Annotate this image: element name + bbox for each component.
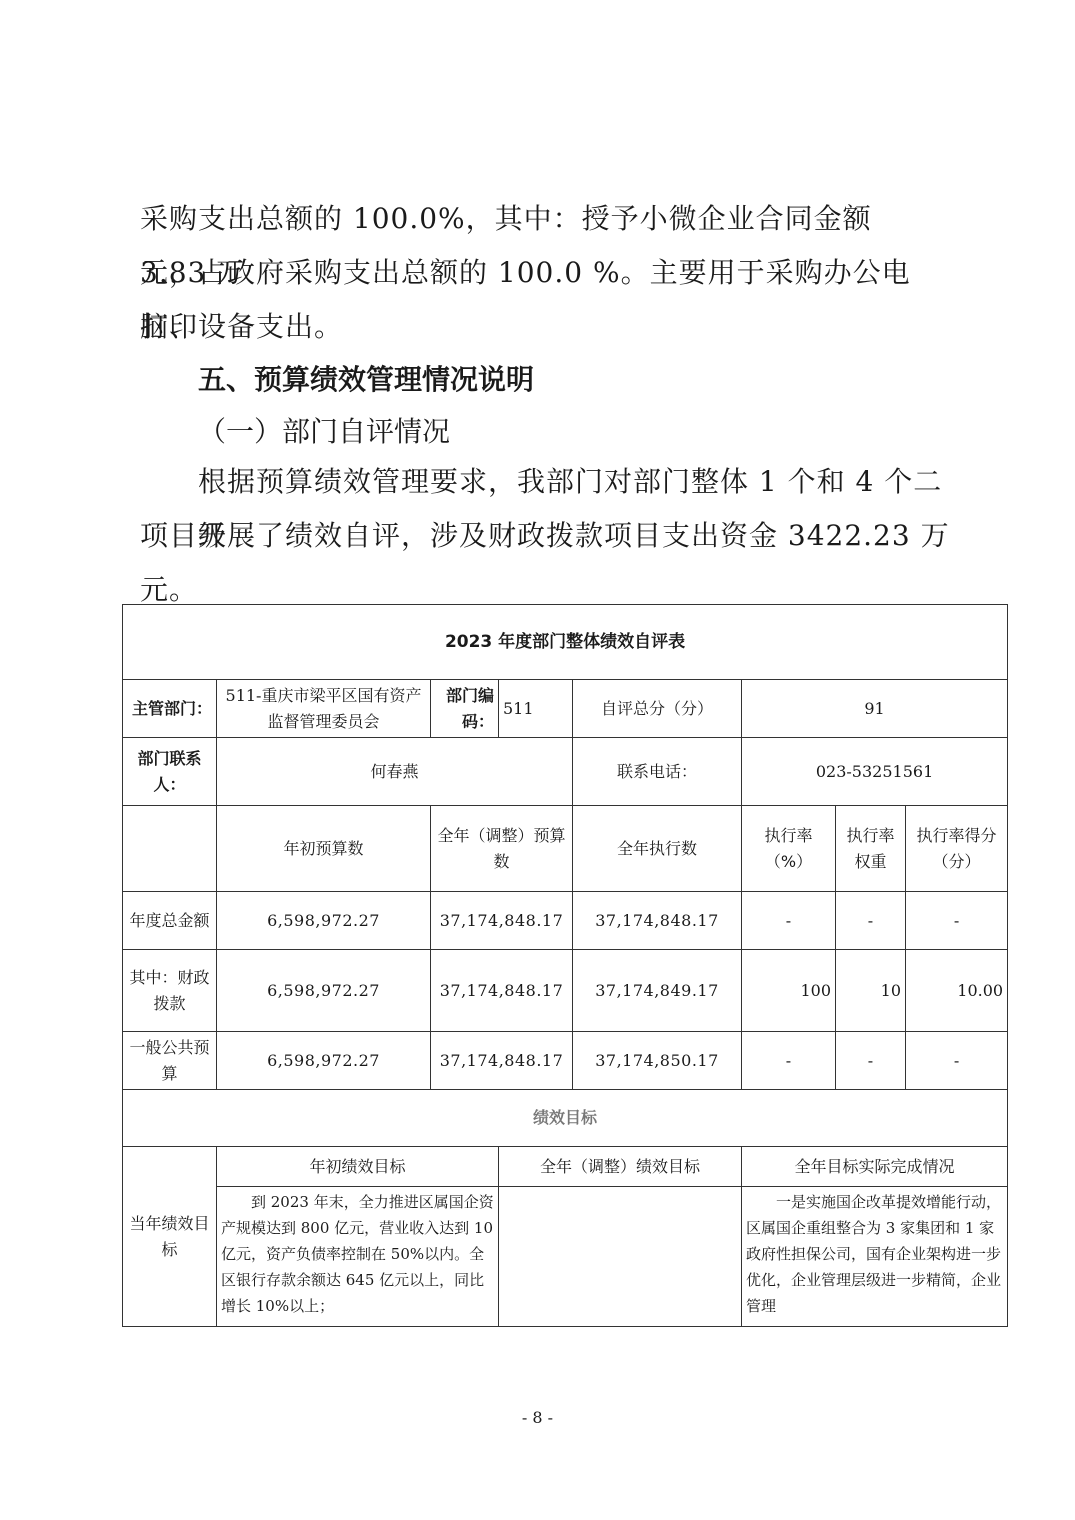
row-label: 其中：财政拨款 [123, 950, 217, 1032]
header-adjusted-budget: 全年（调整）预算数 [431, 806, 573, 892]
table-row: 年度总金额 6,598,972.27 37,174,848.17 37,174,… [123, 892, 1008, 950]
cell-initial: 6,598,972.27 [217, 892, 431, 950]
contact-label: 部门联系人： [123, 738, 217, 806]
table-row: 其中：财政拨款 6,598,972.27 37,174,848.17 37,17… [123, 950, 1008, 1032]
section-heading: 五、预算绩效管理情况说明 [198, 358, 534, 398]
header-rate: 执行率（%） [742, 806, 836, 892]
cell-weight: 10 [836, 950, 906, 1032]
goals-initial-text: 到 2023 年末，全力推进区属国企资产规模达到 800 亿元，营业收入达到 1… [217, 1187, 499, 1327]
cell-initial: 6,598,972.27 [217, 950, 431, 1032]
phone-value: 023-53251561 [742, 738, 1008, 806]
header-empty [123, 806, 217, 892]
table-row: 一般公共预算 6,598,972.27 37,174,848.17 37,174… [123, 1032, 1008, 1090]
header-executed: 全年执行数 [573, 806, 742, 892]
cell-executed: 37,174,849.17 [573, 950, 742, 1032]
performance-self-evaluation-table: 2023 年度部门整体绩效自评表 主管部门： 511-重庆市梁平区国有资产监督管… [122, 604, 1008, 1327]
cell-adjusted: 37,174,848.17 [431, 892, 573, 950]
cell-executed: 37,174,850.17 [573, 1032, 742, 1090]
row-label: 一般公共预算 [123, 1032, 217, 1090]
cell-score: 10.00 [906, 950, 1008, 1032]
score-value: 91 [742, 680, 1008, 738]
row-label: 年度总金额 [123, 892, 217, 950]
goals-row-label: 当年绩效目标 [123, 1147, 217, 1327]
cell-rate: - [742, 892, 836, 950]
header-weight: 执行率权重 [836, 806, 906, 892]
goals-header-initial: 年初绩效目标 [217, 1147, 499, 1187]
goals-header-adjusted: 全年（调整）绩效目标 [499, 1147, 742, 1187]
paragraph-line: 打印设备支出。 [140, 300, 940, 354]
phone-label: 联系电话： [573, 738, 742, 806]
cell-score: - [906, 892, 1008, 950]
code-label: 部门编码： [431, 680, 499, 738]
dept-label: 主管部门： [123, 680, 217, 738]
subsection-heading: （一）部门自评情况 [198, 410, 450, 450]
code-value: 511 [499, 680, 573, 738]
cell-weight: - [836, 892, 906, 950]
goals-header-actual: 全年目标实际完成情况 [742, 1147, 1008, 1187]
cell-executed: 37,174,848.17 [573, 892, 742, 950]
table-title: 2023 年度部门整体绩效自评表 [123, 605, 1008, 680]
dept-value: 511-重庆市梁平区国有资产监督管理委员会 [217, 680, 431, 738]
cell-adjusted: 37,174,848.17 [431, 1032, 573, 1090]
cell-weight: - [836, 1032, 906, 1090]
contact-value: 何春燕 [217, 738, 573, 806]
cell-score: - [906, 1032, 1008, 1090]
paragraph-line: 项目开展了绩效自评，涉及财政拨款项目支出资金 3422.23 万元。 [140, 509, 960, 617]
page-number: - 8 - [0, 1408, 1075, 1427]
cell-initial: 6,598,972.27 [217, 1032, 431, 1090]
cell-rate: - [742, 1032, 836, 1090]
header-initial-budget: 年初预算数 [217, 806, 431, 892]
goals-actual-text: 一是实施国企改革提效增能行动，区属国企重组整合为 3 家集团和 1 家政府性担保… [742, 1187, 1008, 1327]
cell-adjusted: 37,174,848.17 [431, 950, 573, 1032]
goals-adjusted-text [499, 1187, 742, 1327]
goals-section-title: 绩效目标 [123, 1090, 1008, 1147]
score-label: 自评总分（分） [573, 680, 742, 738]
cell-rate: 100 [742, 950, 836, 1032]
header-score: 执行率得分（分） [906, 806, 1008, 892]
